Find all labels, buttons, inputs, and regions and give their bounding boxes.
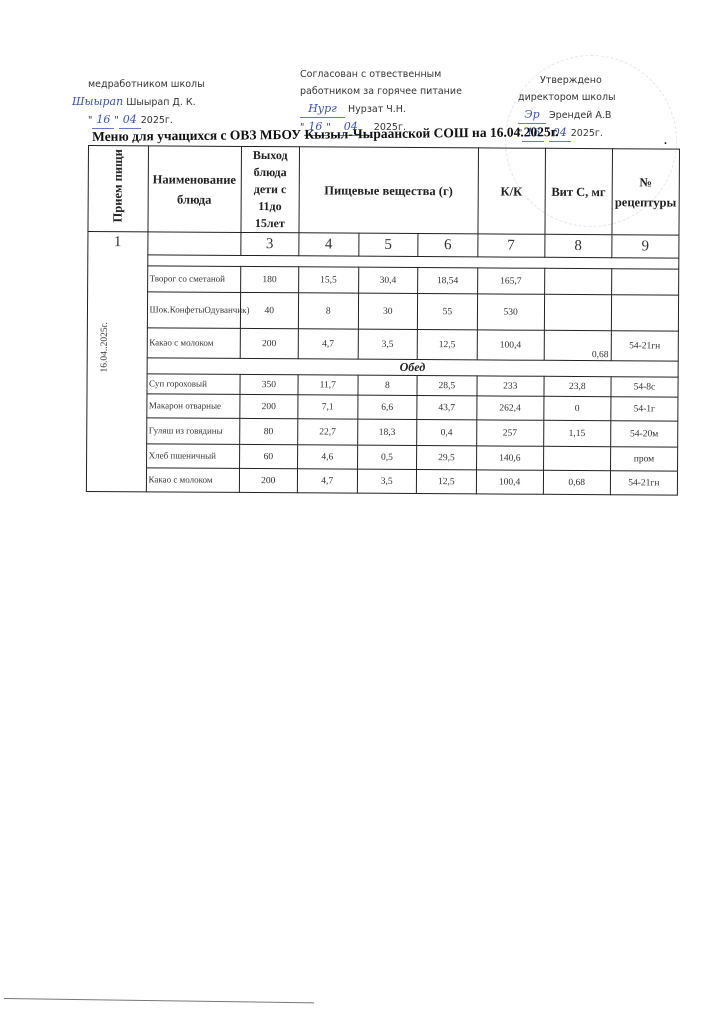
cell-vitc: 0 (544, 396, 611, 420)
dish-name: Хлеб пшеничный (146, 444, 239, 469)
cell-yield: 60 (239, 444, 298, 468)
cell-recipe: 54-21гн (610, 471, 677, 495)
cell-c: 18,54 (418, 268, 478, 294)
agreed-signature-line: Нург Нурзат Ч.Н. (300, 100, 462, 118)
cell-f: 18,3 (357, 419, 417, 445)
table-row: Какао с молоком2004,73,512,5100,40,6854-… (86, 467, 677, 495)
cell-vitc: 1,15 (543, 420, 610, 446)
header-vitc: Вит С, мг (545, 148, 613, 234)
table-row: Гуляш из говядины8022,718,30,42571,1554-… (87, 417, 678, 447)
cell-vitc: 23,8 (544, 376, 611, 396)
cell-recipe: 54-21гн (611, 331, 678, 361)
column-number-1: 1 (90, 232, 145, 251)
medical-signature: Шыырап (72, 95, 123, 108)
cell-yield: 200 (239, 468, 298, 492)
cell-recipe (611, 295, 678, 331)
cell-c: 0,4 (417, 420, 477, 446)
menu-table: Прием пищи Наименование блюда Выход блюд… (86, 145, 680, 496)
cell-recipe: 54-8с (611, 377, 678, 397)
agreed-line-1: Согласован с отвественным (300, 66, 462, 83)
column-number-5: 5 (358, 233, 418, 256)
cell-p: 7,1 (298, 395, 358, 419)
column-number-9: 9 (612, 235, 679, 258)
table-row: Какао с молоком2004,73,512,5100,40,6854-… (87, 327, 678, 361)
bottom-rule (4, 998, 314, 1003)
dish-name: Суп гороховый (146, 374, 239, 395)
cell-c: 55 (417, 294, 477, 330)
cell-f: 6,6 (357, 395, 417, 419)
title-dot: . (664, 133, 667, 148)
cell-yield: 80 (239, 418, 298, 444)
table-row: Макарон отварные2007,16,643,7262,4054-1г (87, 393, 678, 421)
cell-c: 12,5 (416, 470, 476, 494)
cell-vitc: 0,68 (544, 330, 611, 360)
agreed-signature: Нург (300, 100, 345, 118)
dish-name: Макарон отварные (146, 394, 239, 419)
cell-c: 28,5 (417, 376, 477, 396)
header-kcal: К/К (478, 148, 546, 234)
cell-p: 11,7 (298, 375, 358, 395)
header-recipe: № рецептуры (612, 149, 680, 235)
column-number-3: 3 (240, 232, 299, 255)
column-number-4: 4 (299, 233, 359, 256)
cell-p: 8 (298, 293, 358, 329)
cell-c: 12,5 (417, 330, 477, 360)
meal-cell: 1 16.04..2025г. (86, 232, 147, 492)
cell-recipe: 54-1г (611, 397, 678, 421)
dish-name: Какао с молоком (147, 328, 240, 359)
cell-c: 29,5 (417, 446, 477, 470)
cell-vitc: 0,68 (543, 470, 610, 494)
dish-name: Творог со сметаной (147, 266, 240, 293)
cell-vitc (544, 294, 611, 330)
cell-yield: 350 (240, 374, 299, 394)
header-row: Прием пищи Наименование блюда Выход блюд… (88, 146, 680, 236)
dish-name: Гуляш из говядины (146, 418, 239, 445)
cell-recipe (611, 269, 678, 295)
cell-yield: 180 (240, 266, 299, 292)
menu-table-wrapper: Прием пищи Наименование блюда Выход блюд… (86, 145, 680, 496)
cell-kcal: 257 (476, 420, 543, 446)
medical-name: Шыырап Д. К. (126, 97, 195, 108)
cell-kcal: 530 (477, 294, 544, 330)
header-nutrients: Пищевые вещества (г) (299, 147, 478, 234)
cell-p: 4,7 (297, 469, 357, 493)
dish-name: Какао с молоком (146, 468, 239, 493)
cell-f: 30 (358, 293, 418, 329)
cell-kcal: 100,4 (476, 470, 543, 494)
dish-name: Шок.КонфетыОдуванчик) (147, 292, 240, 329)
cell-p: 4,6 (298, 445, 358, 469)
cell-kcal: 140,6 (476, 446, 543, 470)
cell-recipe: пром (610, 447, 677, 471)
cell-kcal: 262,4 (476, 396, 543, 420)
table-row: Шок.КонфетыОдуванчик)4083055530 (87, 292, 678, 332)
medical-role: медработником школы (88, 76, 205, 93)
cell-vitc (543, 446, 610, 470)
cell-kcal: 100,4 (477, 330, 544, 360)
cell-yield: 200 (240, 328, 299, 358)
agreed-line-2: работником за горячее питание (300, 83, 462, 100)
medical-signature-line: Шыырап Шыырап Д. К. (88, 93, 205, 111)
column-number-2 (147, 232, 240, 256)
cell-f: 0,5 (357, 445, 417, 469)
column-number-7: 7 (477, 234, 544, 257)
cell-kcal: 165,7 (477, 268, 544, 294)
cell-yield: 200 (239, 394, 298, 418)
header-yield: Выход блюда дети с 11до 15лет (241, 146, 300, 232)
cell-f: 30,4 (358, 267, 418, 293)
cell-f: 3,5 (357, 469, 417, 493)
medical-approval-block: медработником школы Шыырап Шыырап Д. К. … (88, 76, 205, 129)
menu-date: 16.04..2025г. (100, 322, 110, 372)
column-number-8: 8 (545, 234, 612, 257)
table-row: Творог со сметаной18015,530,418,54165,7 (88, 266, 679, 296)
cell-f: 8 (358, 375, 418, 395)
agreed-name: Нурзат Ч.Н. (348, 104, 406, 115)
cell-c: 43,7 (417, 396, 477, 420)
medical-date: "16"042025г. (88, 111, 205, 129)
cell-kcal: 233 (477, 376, 544, 396)
cell-vitc (544, 268, 611, 294)
cell-f: 3,5 (358, 329, 418, 359)
header-meal: Прием пищи (88, 146, 148, 232)
cell-recipe: 54-20м (610, 421, 677, 447)
column-number-6: 6 (418, 234, 478, 257)
header-dish: Наименование блюда (147, 146, 241, 233)
cell-p: 15,5 (299, 267, 359, 293)
cell-p: 22,7 (298, 419, 358, 445)
cell-p: 4,7 (298, 329, 358, 359)
table-row: Хлеб пшеничный604,60,529,5140,6пром (87, 443, 678, 471)
